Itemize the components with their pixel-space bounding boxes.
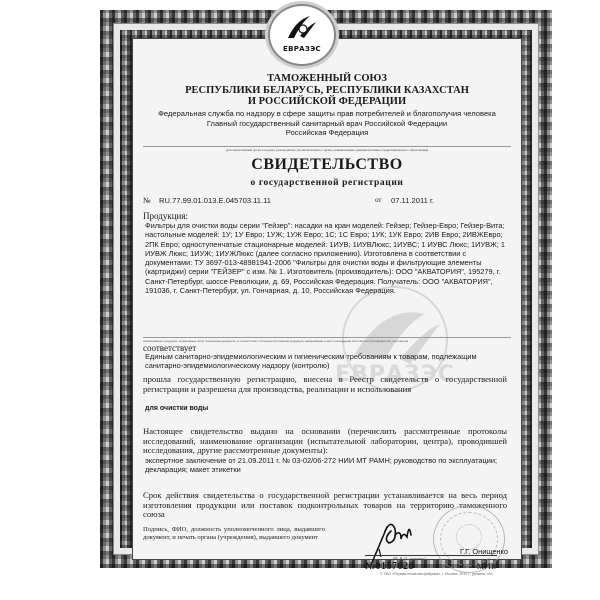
usage-purpose: для очистки воды — [145, 405, 208, 412]
signature-line — [365, 555, 497, 556]
product-description: Фильтры для очистки воды серии "Гейзер":… — [145, 221, 507, 295]
product-label: Продукция: — [143, 211, 188, 221]
eurasec-logo: ЕВРАЗЭС — [268, 4, 336, 66]
certificate-title: СВИДЕТЕЛЬСТВО — [143, 156, 511, 174]
registration-number: RU.77.99.01.013.E.045703.11.11 — [159, 196, 271, 205]
union-heading: ТАМОЖЕННЫЙ СОЮЗ РЕСПУБЛИКИ БЕЛАРУСЬ, РЕС… — [143, 73, 511, 108]
eurasec-emblem-icon — [286, 12, 318, 42]
signature-caption: Подпись, ФИО, должность уполномоченного … — [143, 526, 325, 542]
certificate-paper: ЕВРАЗЭС ТАМОЖЕННЫЙ СОЮЗ РЕСПУБЛИКИ БЕЛАР… — [132, 38, 522, 560]
agency-line: Федеральная служба по надзору в сфере за… — [143, 109, 511, 119]
authority-caption: (уполномоченный орган Стороны, руководит… — [143, 146, 511, 152]
certificate-border: ЕВРАЗЭС ТАМОЖЕННЫЙ СОЮЗ РЕСПУБЛИКИ БЕЛАР… — [100, 10, 552, 568]
printer-imprint: © ЗАО «Первая печатная фабрика», г. Моск… — [380, 572, 493, 576]
number-label: № — [143, 196, 151, 205]
serial-number: №0157628 — [365, 561, 414, 572]
union-line: ТАМОЖЕННЫЙ СОЮЗ — [143, 73, 511, 85]
certificate-subtitle: о государственной регистрации — [143, 178, 511, 188]
date-label: от — [375, 196, 381, 204]
product-caption: (наименование продукции, нормативные и/и… — [143, 337, 511, 343]
basis-documents: экспертное заключение от 21.09.2011 г. №… — [145, 456, 507, 475]
basis-statement: Настоящее свидетельство выдано на основа… — [143, 427, 507, 456]
agency-heading: Федеральная служба по надзору в сфере за… — [143, 109, 511, 138]
union-line: И РОССИЙСКОЙ ФЕДЕРАЦИИ — [143, 96, 511, 108]
registration-date: 07.11.2011 г. — [391, 196, 434, 205]
agency-line: Российская Федерация — [143, 128, 511, 138]
logo-text: ЕВРАЗЭС — [270, 45, 334, 53]
union-line: РЕСПУБЛИКИ БЕЛАРУСЬ, РЕСПУБЛИКИ КАЗАХСТА… — [143, 85, 511, 97]
registration-statement: прошла государственную регистрацию, внес… — [143, 375, 507, 394]
agency-line: Главный государственный санитарный врач … — [143, 119, 511, 129]
seal-place-label: М. П. — [477, 562, 496, 571]
conformity-text: Единым санитарно-эпидемиологическим и ги… — [145, 352, 507, 371]
